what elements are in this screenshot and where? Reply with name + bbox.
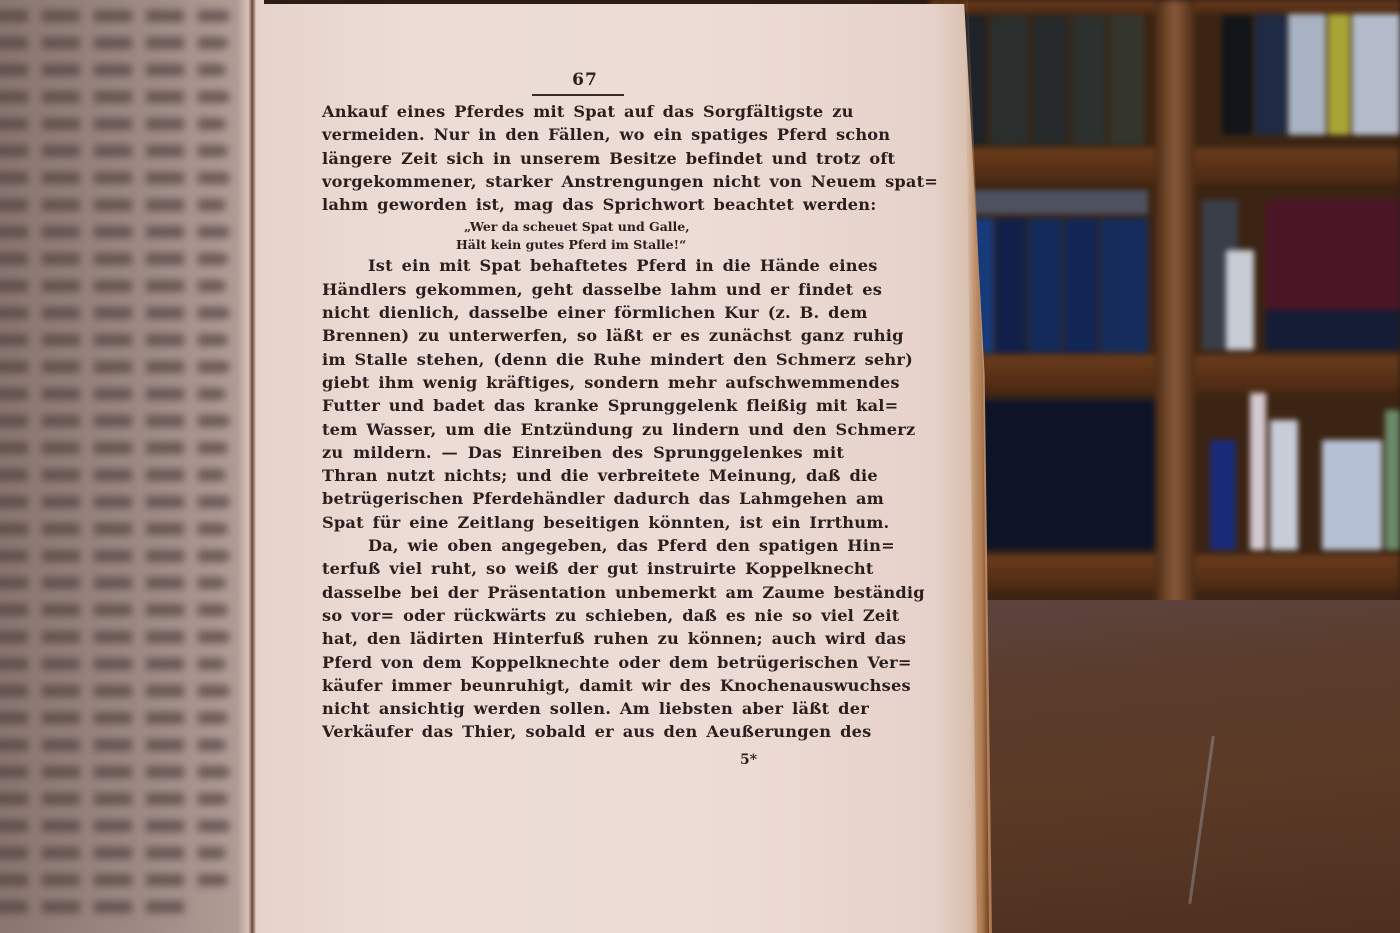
book-spine [1210,440,1236,550]
text-line: hat, den lädirten Hinterfuß ruhen zu kön… [322,627,844,650]
book-spine [1265,310,1400,350]
text-line: nicht dienlich, dasselbe einer förmliche… [322,301,844,324]
book-spine [1265,200,1400,310]
verse-line: „Wer da scheuet Spat und Galle, [322,218,844,236]
text-line: Händlers gekommen, geht dasselbe lahm un… [322,278,844,301]
book-photo-scene: 67 Ankauf eines Pferdes mit Spat auf das… [0,0,1400,933]
text-line: dasselbe bei der Präsentation unbemerkt … [322,581,844,604]
book-spine [1250,380,1266,550]
text-line: tem Wasser, um die Entzündung zu lindern… [322,418,844,441]
shelf-post [1155,0,1195,620]
proverb-verse: „Wer da scheuet Spat und Galle, Hält kei… [322,218,844,254]
text-line: zu mildern. — Das Einreiben des Sprungge… [322,441,844,464]
paragraph-3: Da, wie oben angegeben, das Pferd den sp… [322,534,844,744]
book-spine [1032,15,1068,145]
left-page-text-blur [0,10,250,928]
header-rule [532,94,624,96]
book-spine [1222,15,1252,135]
book-spine [1270,420,1298,550]
book-spine [1072,15,1106,145]
book-spine [1288,10,1326,135]
book-spine [1110,15,1144,145]
book-spine [1328,10,1350,135]
book-spine [990,15,1028,145]
text-line: längere Zeit sich in unserem Besitze bef… [322,147,844,170]
text-line: terfuß viel ruht, so weiß der gut instru… [322,557,844,580]
left-page-blurred [0,0,250,933]
text-line: Verkäufer das Thier, sobald er aus den A… [322,720,844,743]
book-spine [980,400,1160,550]
text-line: Ankauf eines Pferdes mit Spat auf das So… [322,100,844,123]
book-spine [996,218,1026,353]
paragraph-1: Ankauf eines Pferdes mit Spat auf das So… [322,100,844,216]
text-line: Pferd von dem Koppelknechte oder dem bet… [322,651,844,674]
book-spine [1255,10,1287,135]
text-line: Thran nutzt nichts; und die verbreitete … [322,464,844,487]
page-number: 67 [330,70,840,90]
text-line: im Stalle stehen, (denn die Ruhe mindert… [322,348,844,371]
book-spine [1028,218,1062,353]
paragraph-2: Ist ein mit Spat behaftetes Pferd in die… [322,254,844,534]
bookshelf-background [930,0,1400,620]
verse-line: Hält kein gutes Pferd im Stalle!“ [322,236,844,254]
text-line: Brennen) zu unterwerfen, so läßt er es z… [322,324,844,347]
page-text-block: 67 Ankauf eines Pferdes mit Spat auf das… [322,70,844,772]
text-line: vermeiden. Nur in den Fällen, wo ein spa… [322,123,844,146]
book-spine [1352,10,1400,135]
text-line: so vor= oder rückwärts zu schieben, daß … [322,604,844,627]
text-line: Spat für eine Zeitlang beseitigen könnte… [322,511,844,534]
text-line: käufer immer beunruhigt, damit wir des K… [322,674,844,697]
wooden-table [930,600,1400,933]
text-line: betrügerischen Pferdehändler dadurch das… [322,487,844,510]
text-line: nicht ansichtig werden sollen. Am liebst… [322,697,844,720]
book-spine [1322,440,1382,550]
text-line: giebt ihm wenig kräftiges, sondern mehr … [322,371,844,394]
text-line: lahm geworden ist, mag das Sprichwort be… [322,193,844,216]
book-lying-flat [958,190,1148,214]
book-spine [1385,410,1400,550]
book-spine [1226,250,1254,350]
signature-mark: 5* [322,752,844,772]
book-spine [1100,218,1148,353]
text-line: Da, wie oben angegeben, das Pferd den sp… [322,534,844,557]
text-line: vorgekommener, starker Anstrengungen nic… [322,170,844,193]
text-line: Futter und badet das kranke Sprunggelenk… [322,394,844,417]
book-spine [1064,218,1098,353]
book-gutter [238,0,264,933]
text-line: Ist ein mit Spat behaftetes Pferd in die… [322,254,844,277]
